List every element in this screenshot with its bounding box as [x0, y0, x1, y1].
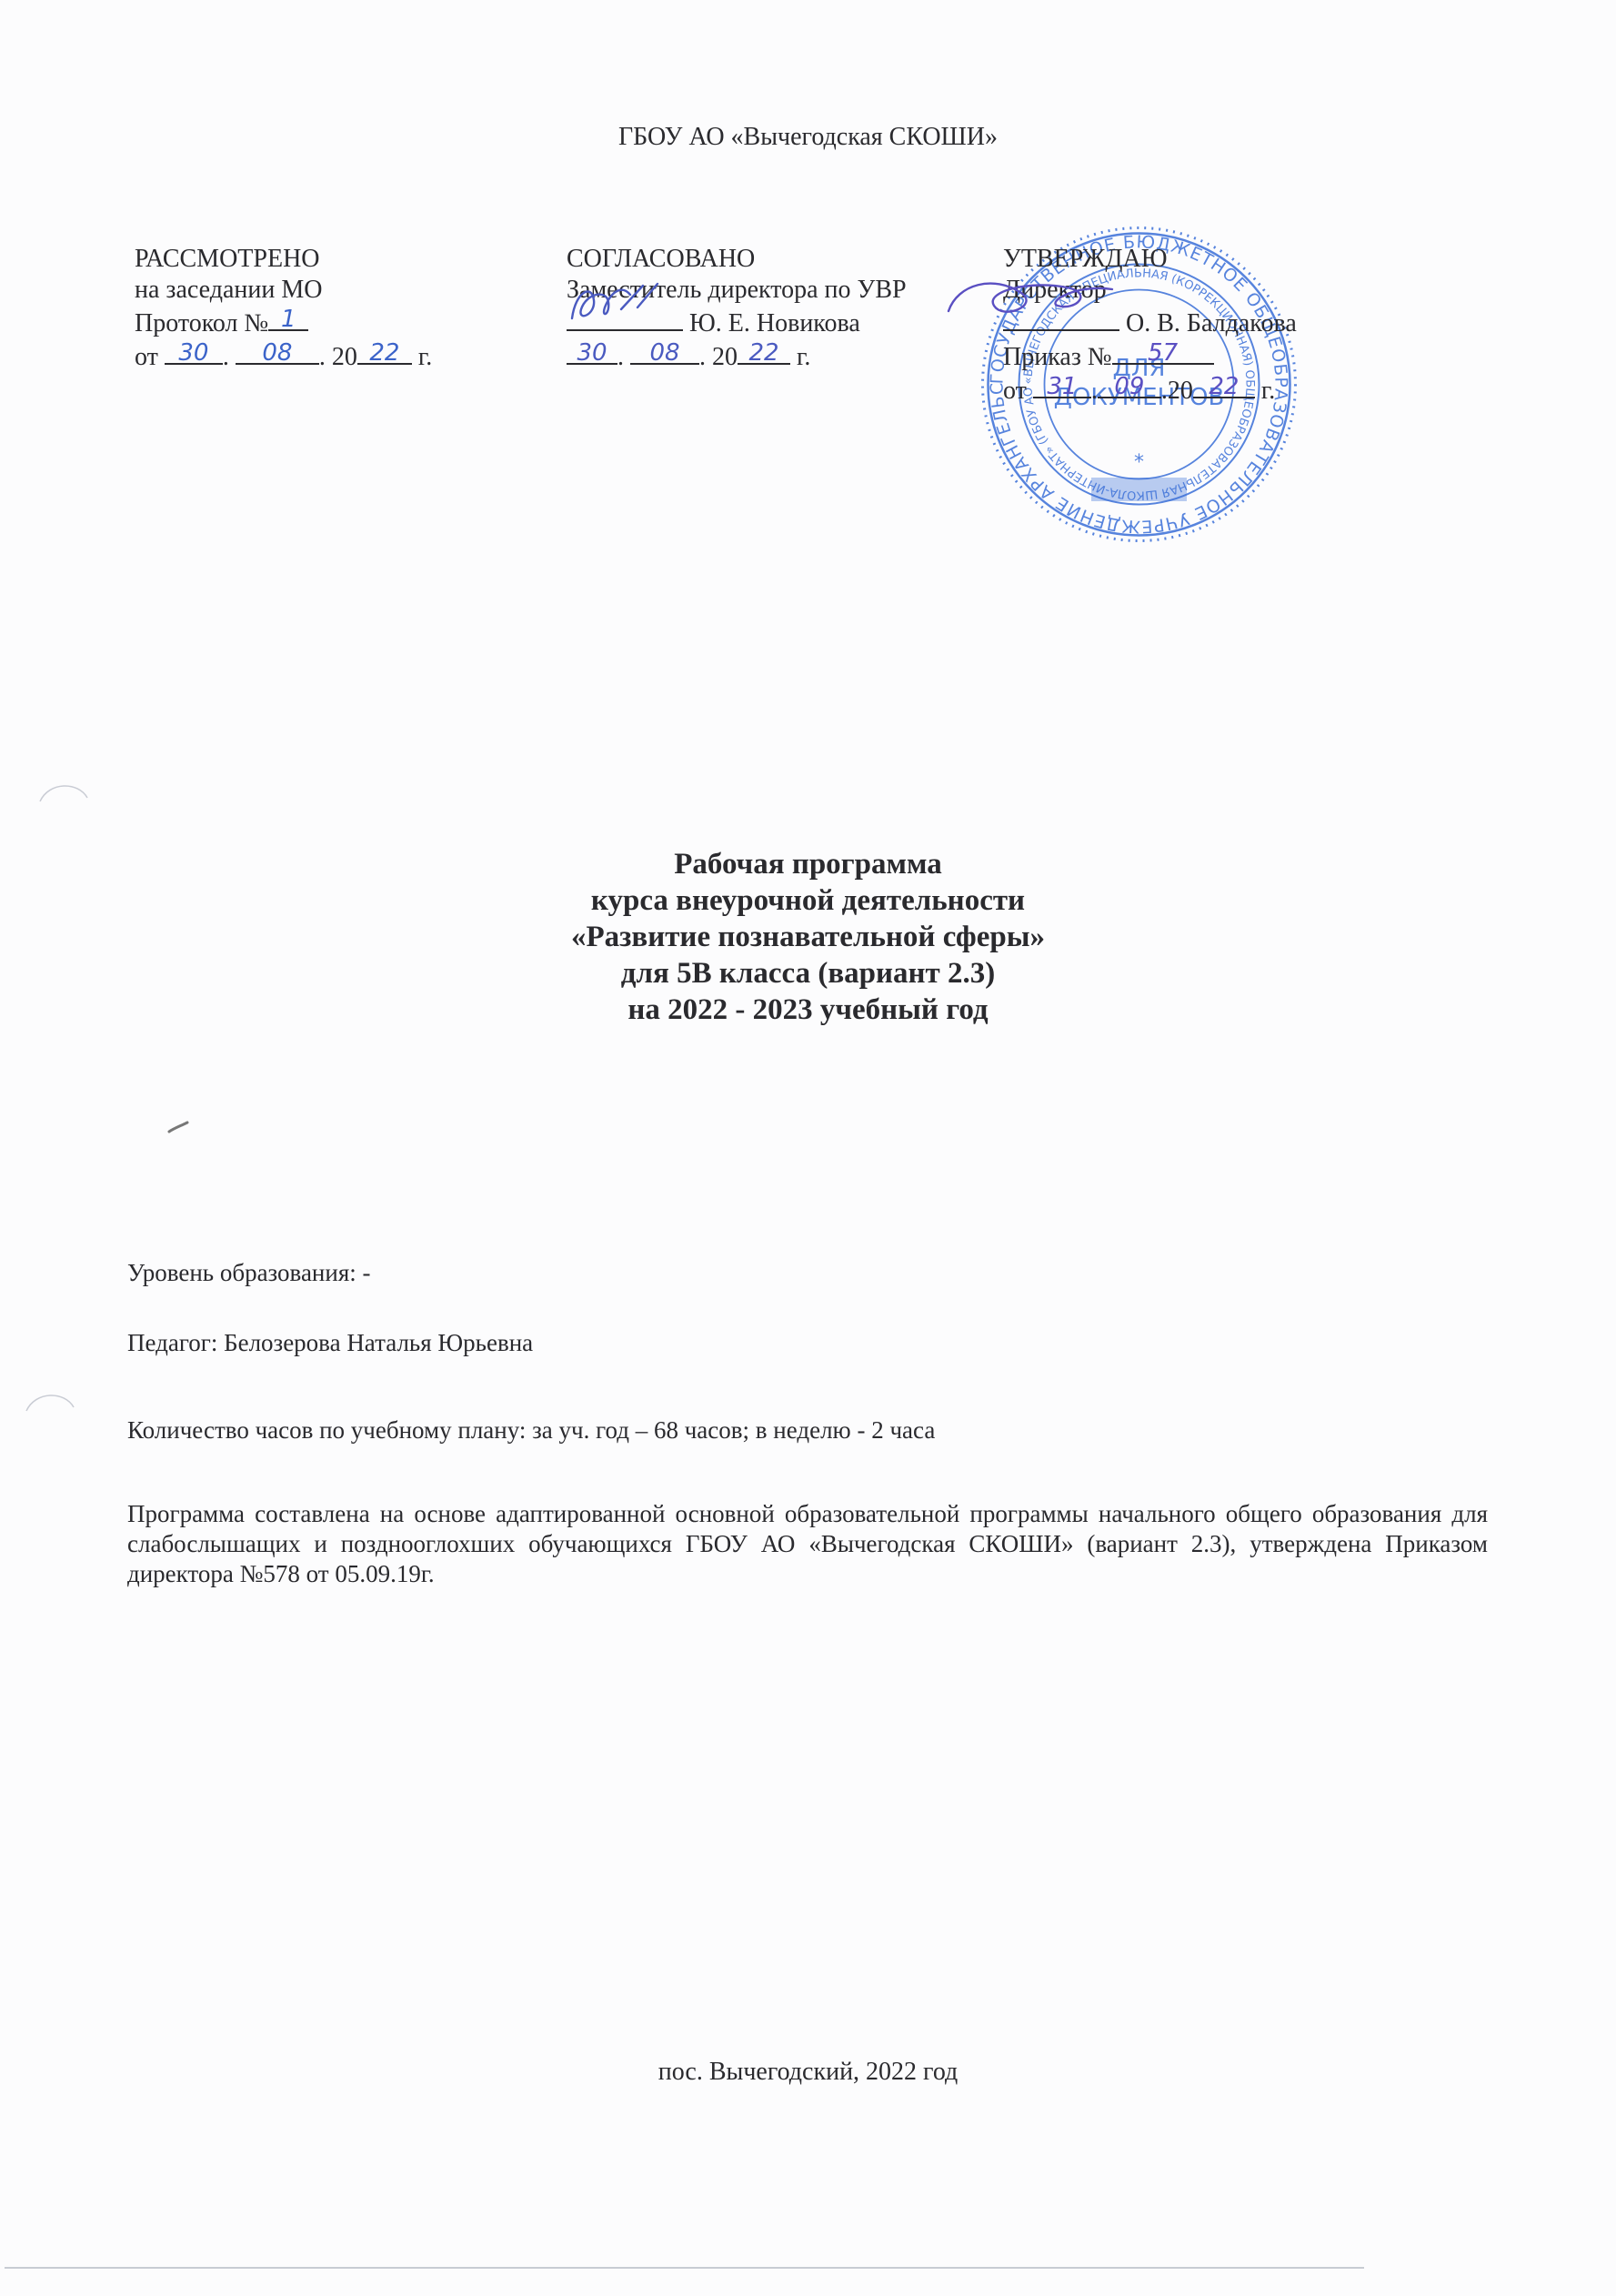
reviewed-heading: РАССМОТРЕНО [135, 244, 432, 275]
title-line-3: «Развитие познавательной сферы» [0, 919, 1616, 955]
approved-heading: УТВЕРЖДАЮ [1003, 244, 1297, 275]
year-field: 22 [738, 339, 790, 365]
date-day-field: 30 [567, 339, 617, 365]
title-line-5: на 2022 - 2023 учебный год [0, 992, 1616, 1028]
agreed-signer: Ю. Е. Новикова [689, 309, 860, 337]
title-line-2: курса внеурочной деятельности [0, 882, 1616, 919]
date-day-handwritten: 30 [567, 341, 617, 365]
order-number-handwritten: 57 [1112, 341, 1214, 365]
approved-signer: О. В. Балдакова [1126, 309, 1297, 337]
year-field: 22 [357, 339, 412, 365]
education-level: Уровень образования: - [127, 1258, 371, 1287]
approved-signature-line: О. В. Балдакова [1003, 306, 1297, 339]
protocol-number-field: 1 [268, 306, 308, 331]
svg-text:*: * [1134, 451, 1144, 474]
year-prefix: . 20 [699, 343, 738, 371]
document-page: ГБОУ АО «Вычегодская СКОШИ» РАССМОТРЕНО … [0, 0, 1616, 2296]
date-month-handwritten: 09 [1098, 375, 1161, 398]
year-handwritten: 22 [1193, 375, 1255, 398]
approval-reviewed-block: РАССМОТРЕНО на заседании МО Протокол №1 … [135, 244, 432, 373]
organization-header: ГБОУ АО «Вычегодская СКОШИ» [0, 123, 1616, 152]
document-title: Рабочая программа курса внеурочной деяте… [0, 846, 1616, 1028]
year-end: г. [1261, 377, 1275, 405]
date-day-field: 30 [165, 339, 223, 365]
title-line-1: Рабочая программа [0, 846, 1616, 882]
agreed-line1: Заместитель директора по УВР [567, 275, 907, 306]
year-prefix: . 20 [319, 343, 357, 371]
agreed-heading: СОГЛАСОВАНО [567, 244, 907, 275]
date-day-handwritten: 30 [165, 341, 223, 365]
agreed-date-line: 30. 08. 2022 г. [567, 339, 907, 373]
date-day-handwritten: 31 [1033, 375, 1091, 398]
date-month-field: 08 [236, 339, 319, 365]
hours-per-plan: Количество часов по учебному плану: за у… [127, 1415, 935, 1445]
protocol-label: Протокол № [135, 309, 268, 337]
year-prefix: .20 [1161, 377, 1193, 405]
reviewed-line1: на заседании МО [135, 275, 432, 306]
scan-edge-line [5, 2267, 1364, 2269]
date-month-handwritten: 08 [630, 341, 699, 365]
date-day-field: 31 [1033, 373, 1091, 398]
approved-line1: Директор [1003, 275, 1297, 306]
teacher-name: Педагог: Белозерова Наталья Юрьевна [127, 1328, 533, 1357]
date-month-field: 08 [630, 339, 699, 365]
order-number-field: 57 [1112, 339, 1214, 365]
date-month-handwritten: 08 [236, 341, 319, 365]
agreed-signature-line: Ю. Е. Новикова [567, 306, 907, 339]
order-label: Приказ № [1003, 343, 1112, 371]
reviewed-protocol-line: Протокол №1 [135, 306, 432, 339]
year-field: 22 [1193, 373, 1255, 398]
year-handwritten: 22 [738, 341, 790, 365]
protocol-number-handwritten: 1 [268, 307, 308, 331]
scan-artifact-arc-icon [23, 1387, 77, 1415]
program-basis-paragraph: Программа составлена на основе адаптиров… [127, 1499, 1488, 1589]
date-month-field: 09 [1098, 373, 1161, 398]
signature-field [567, 306, 683, 331]
approved-date-line: от 31.09.2022 г. [1003, 373, 1297, 407]
year-end: г. [797, 343, 810, 371]
footer-place-year: пос. Вычегодский, 2022 год [0, 2058, 1616, 2087]
date-prefix: от [1003, 377, 1027, 405]
signature-field [1003, 306, 1119, 331]
year-handwritten: 22 [357, 341, 412, 365]
reviewed-date-line: от 30. 08. 2022 г. [135, 339, 432, 373]
scan-artifact-speck-icon [167, 1121, 189, 1133]
approval-approved-block: УТВЕРЖДАЮ Директор О. В. Балдакова Прика… [1003, 244, 1297, 407]
approval-agreed-block: СОГЛАСОВАНО Заместитель директора по УВР… [567, 244, 907, 373]
scan-artifact-arc-icon [36, 778, 91, 805]
date-prefix: от [135, 343, 158, 371]
year-end: г. [418, 343, 432, 371]
approved-order-line: Приказ №57 [1003, 339, 1297, 373]
title-line-4: для 5В класса (вариант 2.3) [0, 955, 1616, 992]
